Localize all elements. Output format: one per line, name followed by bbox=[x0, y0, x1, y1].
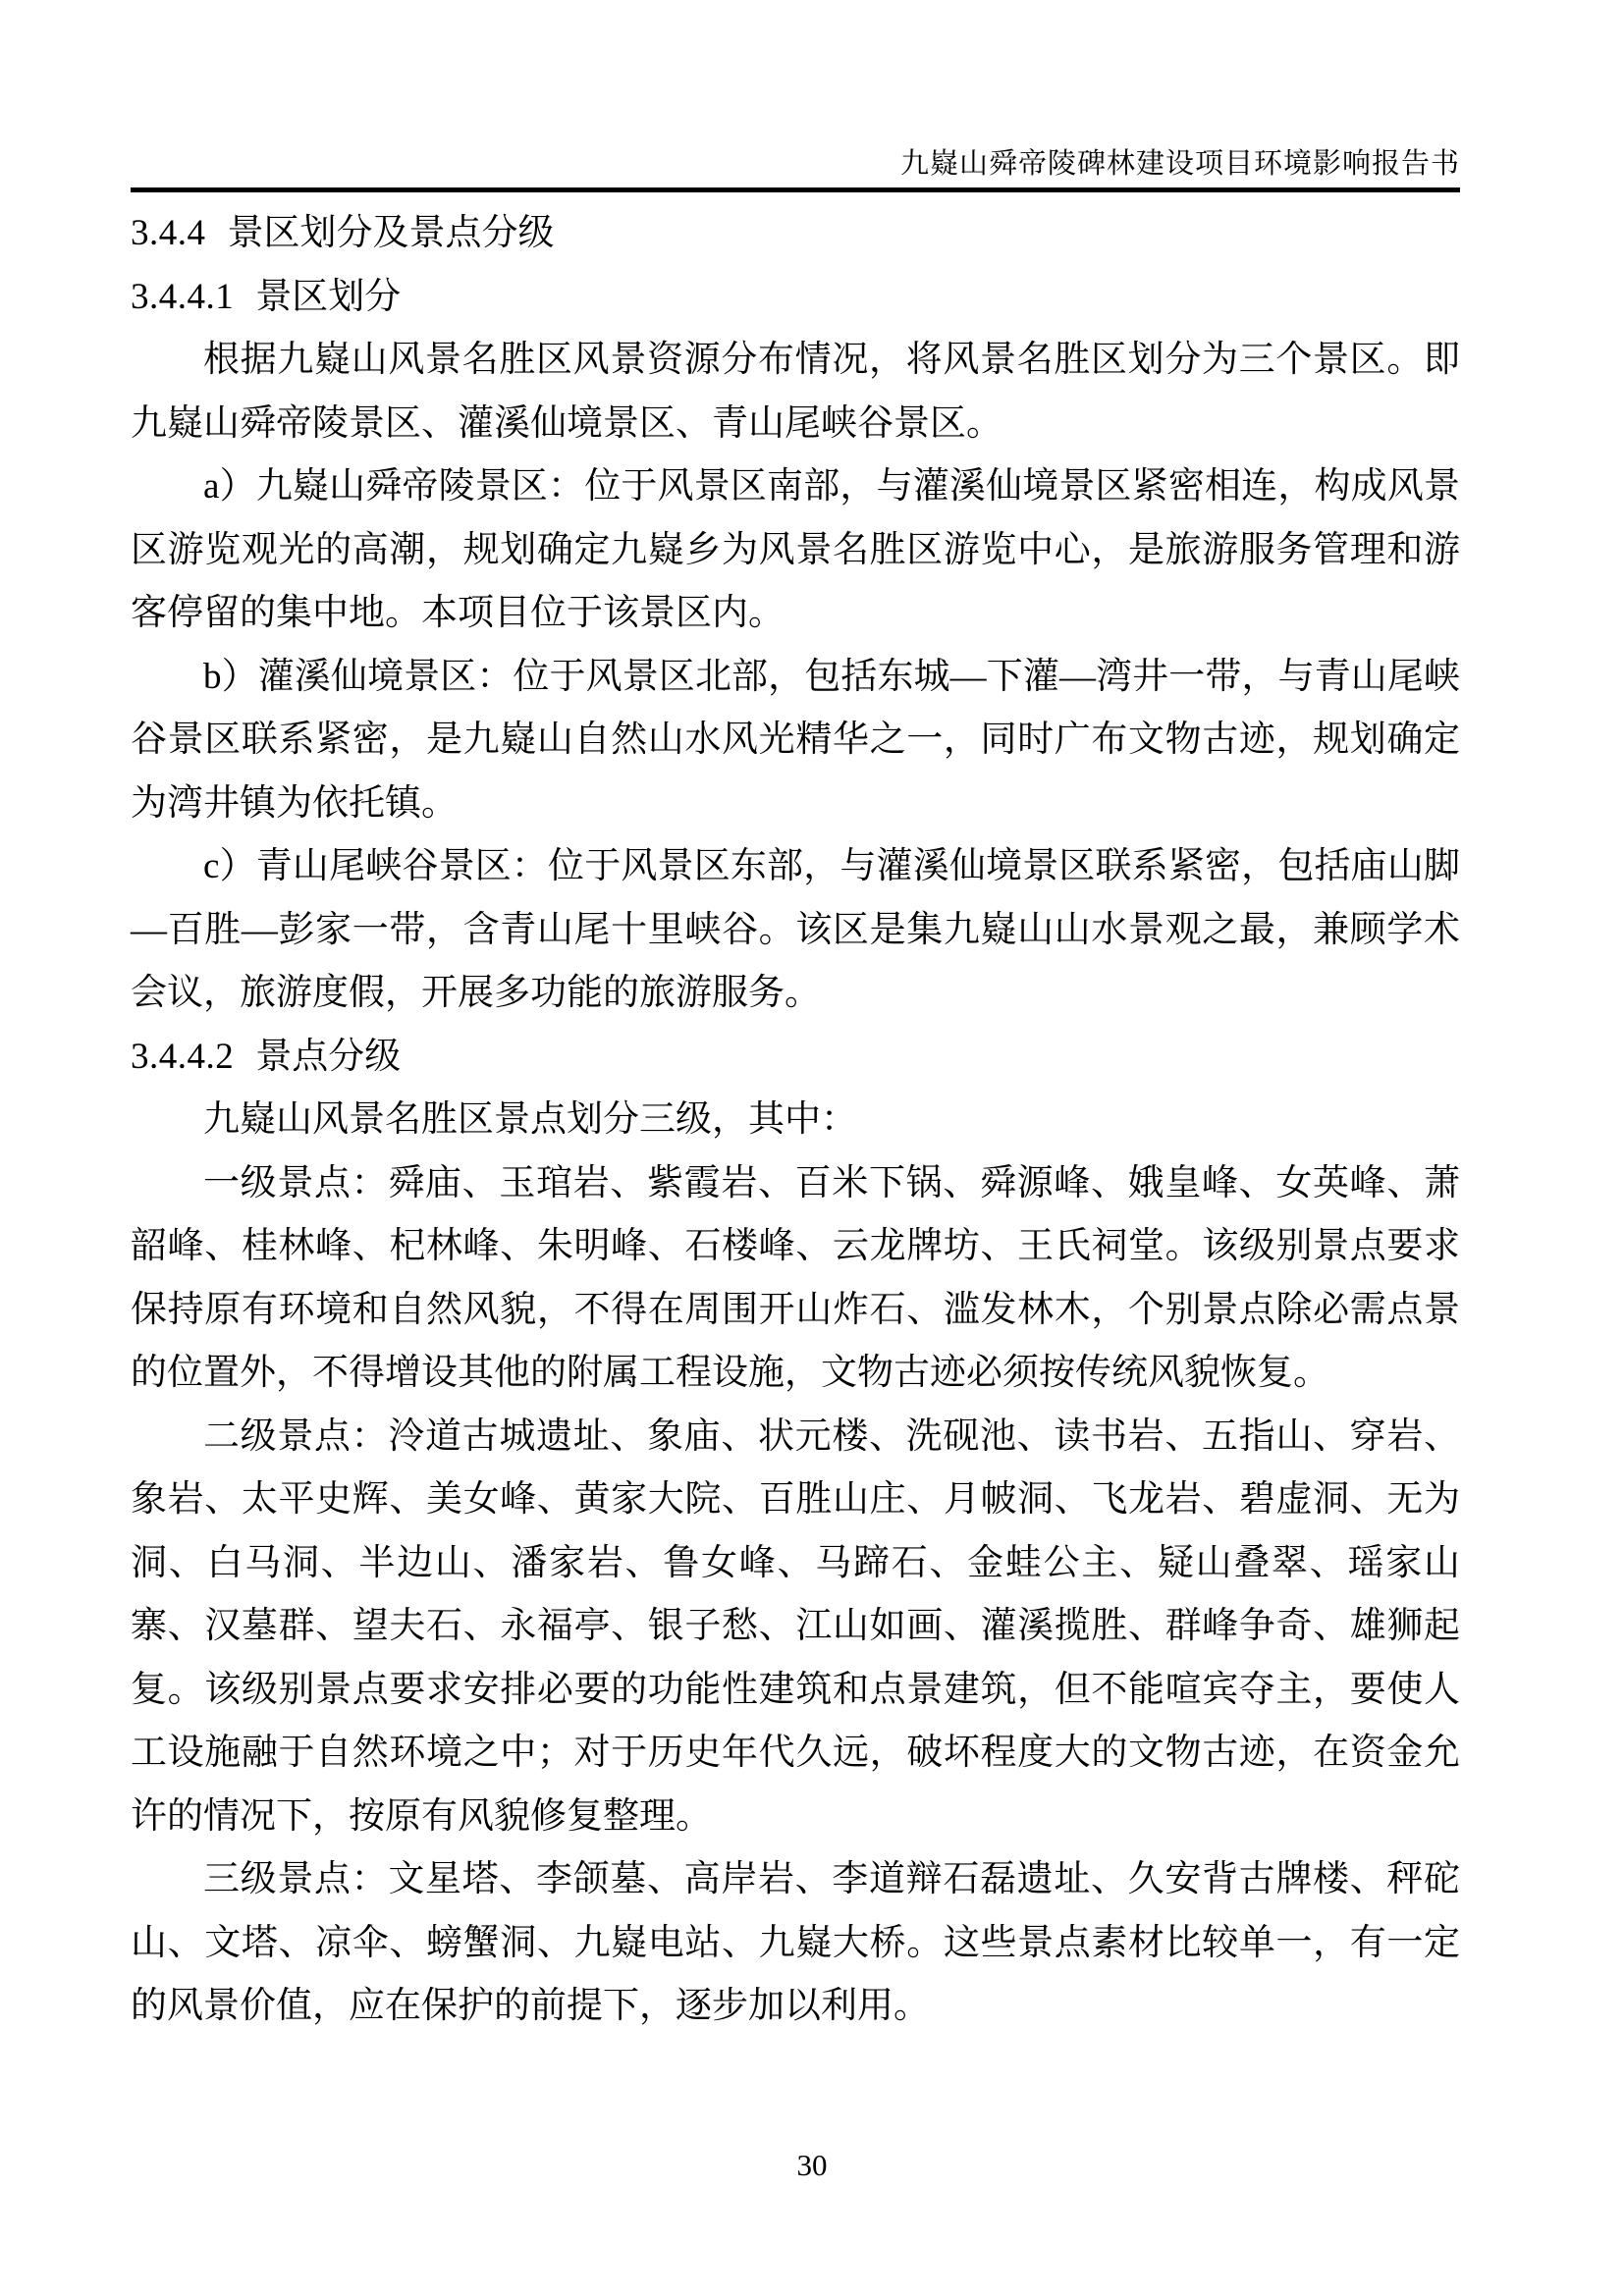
document-page: 九嶷山舜帝陵碑林建设项目环境影响报告书 3.4.4景区划分及景点分级 3.4.4… bbox=[0, 0, 1624, 2296]
section-heading-3-4-4: 3.4.4景区划分及景点分级 bbox=[131, 202, 1460, 266]
paragraph-zone-intro: 根据九嶷山风景名胜区风景资源分布情况，将风景名胜区划分为三个景区。即九嶷山舜帝陵… bbox=[131, 329, 1460, 455]
page-header: 九嶷山舜帝陵碑林建设项目环境影响报告书 bbox=[131, 147, 1460, 192]
section-number: 3.4.4 bbox=[131, 202, 206, 266]
report-title: 九嶷山舜帝陵碑林建设项目环境影响报告书 bbox=[131, 147, 1460, 187]
paragraph-grade-1: 一级景点：舜庙、玉琯岩、紫霞岩、百米下锅、舜源峰、娥皇峰、女英峰、萧韶峰、桂林峰… bbox=[131, 1152, 1460, 1406]
page-footer: 30 bbox=[0, 2146, 1624, 2185]
section-number: 3.4.4.2 bbox=[131, 1026, 234, 1090]
section-title: 景区划分及景点分级 bbox=[228, 213, 555, 253]
section-heading-3-4-4-2: 3.4.4.2景点分级 bbox=[131, 1026, 1460, 1090]
paragraph-zone-a: a）九嶷山舜帝陵景区：位于风景区南部，与灌溪仙境景区紧密相连，构成风景区游览观光… bbox=[131, 455, 1460, 646]
section-title: 景点分级 bbox=[255, 1037, 401, 1077]
page-number: 30 bbox=[797, 2148, 828, 2182]
paragraph-grade-3: 三级景点：文星塔、李颌墓、高岸岩、李道辩石磊遗址、久安背古牌楼、秤砣山、文塔、凉… bbox=[131, 1848, 1460, 2039]
paragraph-grading-intro: 九嶷山风景名胜区景点划分三级，其中： bbox=[131, 1089, 1460, 1152]
section-title: 景区划分 bbox=[255, 277, 401, 317]
paragraph-zone-b: b）灌溪仙境景区：位于风景区北部，包括东城—下灌—湾井一带，与青山尾峡谷景区联系… bbox=[131, 646, 1460, 836]
section-heading-3-4-4-1: 3.4.4.1景区划分 bbox=[131, 266, 1460, 330]
header-rule bbox=[131, 187, 1460, 192]
paragraph-zone-c: c）青山尾峡谷景区：位于风景区东部，与灌溪仙境景区联系紧密，包括庙山脚—百胜—彭… bbox=[131, 835, 1460, 1026]
paragraph-grade-2: 二级景点：泠道古城遗址、象庙、状元楼、洗砚池、读书岩、五指山、穿岩、象岩、太平史… bbox=[131, 1406, 1460, 1849]
section-number: 3.4.4.1 bbox=[131, 266, 234, 330]
document-body: 3.4.4景区划分及景点分级 3.4.4.1景区划分 根据九嶷山风景名胜区风景资… bbox=[131, 202, 1460, 2039]
